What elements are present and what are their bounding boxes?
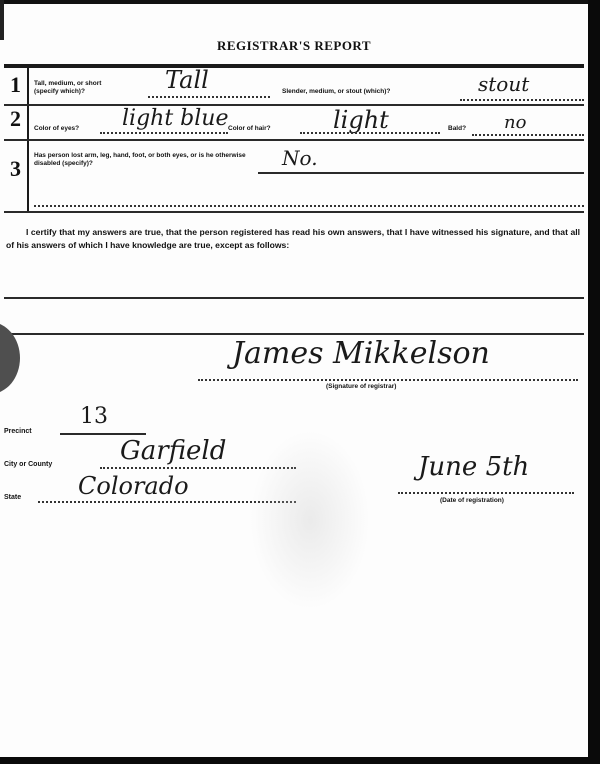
height-label: Tall, medium, or short (specify which)?: [34, 80, 104, 96]
precinct-value[interactable]: 13: [80, 404, 108, 429]
registration-date[interactable]: June 5th: [418, 452, 529, 482]
eye-color-line: [100, 132, 228, 134]
registrar-signature[interactable]: James Mikkelson: [232, 336, 490, 371]
precinct-line: [60, 433, 146, 435]
build-label: Slender, medium, or stout (which)?: [282, 88, 462, 96]
precinct-label: Precinct: [4, 428, 32, 436]
date-caption: (Date of registration): [440, 497, 504, 504]
page-title: REGISTRAR'S REPORT: [0, 38, 588, 54]
certification-text: I certify that my answers are true, that…: [6, 226, 580, 252]
date-line: [398, 492, 574, 494]
eye-color-label: Color of eyes?: [34, 125, 79, 133]
bald-line: [472, 134, 584, 136]
signature-line: [198, 379, 578, 381]
build-value[interactable]: stout: [478, 72, 529, 96]
bald-value[interactable]: no: [504, 112, 526, 133]
county-value[interactable]: Garfield: [120, 436, 226, 466]
height-line: [148, 96, 270, 98]
row-number-1: 1: [10, 74, 21, 96]
row-number-3: 3: [10, 158, 21, 180]
eye-color-value[interactable]: light blue: [122, 106, 228, 131]
bald-label: Bald?: [448, 125, 466, 133]
scan-border-top: [0, 0, 600, 4]
build-line: [460, 99, 584, 101]
scan-border-right: [588, 0, 600, 764]
exceptions-line-2: [4, 333, 584, 335]
state-label: State: [4, 494, 21, 502]
height-value[interactable]: Tall: [165, 66, 209, 94]
row-2-rule: [4, 139, 584, 141]
state-value[interactable]: Colorado: [78, 472, 189, 500]
hair-color-value[interactable]: light: [333, 106, 389, 134]
scan-border-bottom: [0, 757, 600, 764]
row-number-2: 2: [10, 108, 21, 130]
hair-color-label: Color of hair?: [228, 125, 271, 133]
row-1-rule: [4, 104, 584, 106]
disability-line-2: [34, 205, 584, 207]
scan-border-left: [0, 0, 4, 40]
signature-caption: (Signature of registrar): [326, 383, 396, 390]
registration-card: REGISTRAR'S REPORT 1 Tall, medium, or sh…: [0, 0, 588, 757]
exceptions-line-1: [4, 297, 584, 299]
disability-line: [258, 172, 584, 174]
disability-label: Has person lost arm, leg, hand, foot, or…: [34, 152, 259, 168]
paper-stain: [250, 430, 370, 610]
row-3-rule: [4, 211, 584, 213]
hair-color-line: [300, 132, 440, 134]
header-rule: [4, 64, 584, 68]
disability-value[interactable]: No.: [282, 146, 318, 170]
county-label: City or County: [4, 461, 52, 469]
